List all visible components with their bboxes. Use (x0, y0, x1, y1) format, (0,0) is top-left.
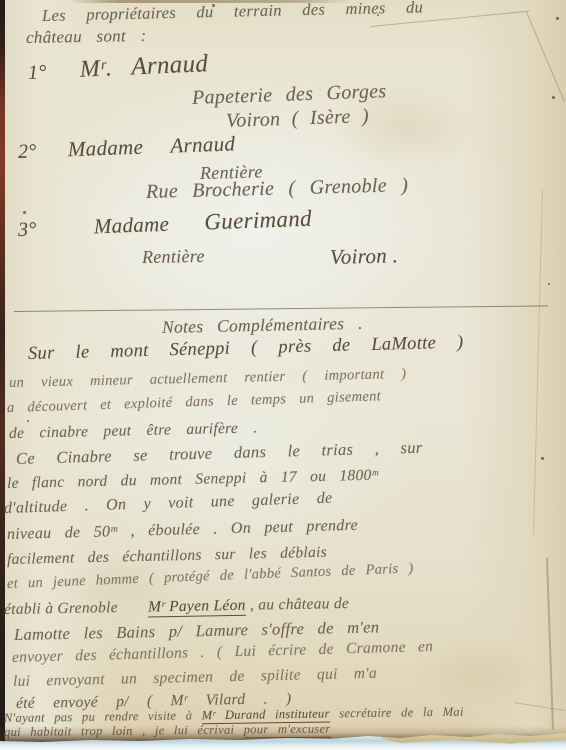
owner-2-title: Madame (67, 135, 143, 162)
note-line-8: niveau de 50ᵐ , éboulée . On peut prendr… (7, 517, 358, 544)
owner-3-detail-1: Rentière (142, 246, 205, 268)
owner-3-row: 3° Madame Guerimand (18, 206, 313, 242)
owner-1-name: Arnaud (131, 50, 209, 80)
durand-line-suffix: secrétaire de la Mai (339, 705, 464, 721)
payen-name-underlined: Mʳ Payen Léon (148, 597, 246, 618)
fox-spot (541, 457, 544, 460)
owner-3-name: Guerimand (204, 206, 312, 235)
fold-crease (526, 12, 565, 102)
section-divider-line (14, 305, 548, 312)
fold-crease (514, 702, 566, 711)
owner-1-row: 1° Mʳ. Arnaud (27, 50, 208, 86)
owner-1-detail-2: Voiron ( Isère ) (226, 105, 370, 133)
note-line-14: lui envoyant un specimen de spilite qui … (13, 665, 377, 691)
note-line-1: Sur le mont Séneppi ( près de LaMotte ) (28, 333, 464, 365)
owner-3-title: Madame (93, 212, 169, 239)
fold-crease (533, 190, 543, 535)
note-line-11: établi à Grenoble Mʳ Payen Léon , au châ… (4, 595, 349, 619)
fox-spot (552, 96, 555, 99)
owner-3-detail-2: Voiron . (330, 243, 399, 270)
stain (415, 635, 545, 710)
intro-line-2: château sont : (26, 26, 147, 48)
fold-crease (546, 558, 554, 730)
owner-2-detail-2: Rue Brocherie ( Grenoble ) (146, 174, 409, 204)
section-title: Notes Complémentaires . (162, 313, 363, 338)
owner-2-number: 2° (18, 140, 37, 163)
left-binding-edge (0, 0, 5, 742)
paper-sheet: Les propriétaires du terrain des mines d… (0, 0, 566, 750)
owner-1-number: 1° (28, 61, 48, 84)
owner-1-title: Mʳ. (79, 55, 112, 82)
payen-line-prefix: établi à Grenoble (4, 599, 118, 618)
note-line-3: a découvert et exploité dans le temps un… (7, 388, 382, 417)
owner-3-number: 3° (18, 218, 37, 241)
fox-spot (23, 211, 26, 214)
owner-2-name: Arnaud (170, 131, 236, 157)
fox-spot (556, 17, 559, 20)
fox-spot (27, 420, 29, 422)
payen-line-suffix: , au château de (250, 595, 349, 614)
fox-spot (548, 283, 550, 285)
note-line-4: de cinabre peut être aurifère . (9, 419, 258, 443)
note-line-5: Ce Cinabre se trouve dans le trias , sur (16, 438, 423, 469)
document-scan: Les propriétaires du terrain des mines d… (0, 0, 566, 750)
note-line-7: d'altitude . On y voit une galerie de (4, 490, 333, 518)
owner-2-row: 2° Madame Arnaud (18, 131, 236, 164)
note-line-2: un vieux mineur actuellement rentier ( i… (9, 366, 407, 392)
intro-line-1: Les propriétaires du terrain des mines d… (42, 0, 424, 26)
